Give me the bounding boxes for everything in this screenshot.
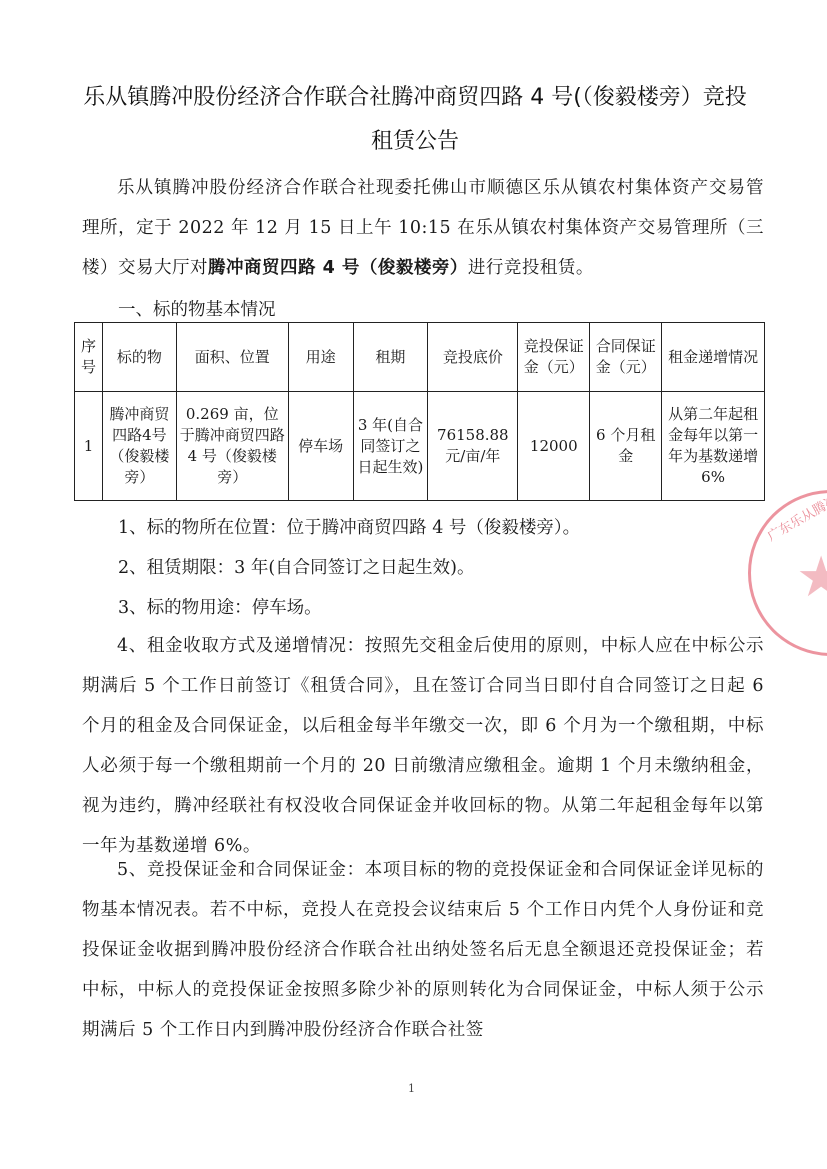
document-title-line2: 租赁公告 <box>60 124 770 155</box>
paragraph-rent-payment: 4、租金收取方式及递增情况：按照先交租金后使用的原则，中标人应在中标公示期满后 … <box>82 626 764 866</box>
intro-paragraph: 乐从镇腾冲股份经济合作联合社现委托佛山市顺德区乐从镇农村集体资产交易管理所，定于… <box>82 168 764 288</box>
star-icon: ★ <box>796 545 827 610</box>
table-header-row: 序号 标的物 面积、位置 用途 租期 竞投底价 竞投保证金（元） 合同保证金（元… <box>75 323 765 392</box>
paragraph-deposit: 5、竞投保证金和合同保证金：本项目标的物的竞投保证金和合同保证金详见标的物基本情… <box>82 850 764 1050</box>
basic-info-table: 序号 标的物 面积、位置 用途 租期 竞投底价 竞投保证金（元） 合同保证金（元… <box>74 322 765 501</box>
intro-bold-location: 腾冲商贸四路 4 号（俊毅楼旁） <box>208 258 468 278</box>
stamp-text: 广东乐从腾冲股份 <box>763 476 827 544</box>
item-lease-term: 2、租赁期限：3 年(自合同签订之日起生效)。 <box>118 554 474 579</box>
section-heading-1: 一、标的物基本情况 <box>118 296 276 321</box>
document-title-line1: 乐从镇腾冲股份经济合作联合社腾冲商贸四路 4 号(（俊毅楼旁）竞投 <box>60 80 770 111</box>
page-number: 1 <box>408 1082 415 1095</box>
item-location: 1、标的物所在位置：位于腾冲商贸四路 4 号（俊毅楼旁）。 <box>118 514 580 539</box>
item-usage: 3、标的物用途：停车场。 <box>118 594 322 619</box>
table-row: 1 腾冲商贸四路4号（俊毅楼旁） 0.269 亩，位于腾冲商贸四路 4 号（俊毅… <box>75 392 765 501</box>
